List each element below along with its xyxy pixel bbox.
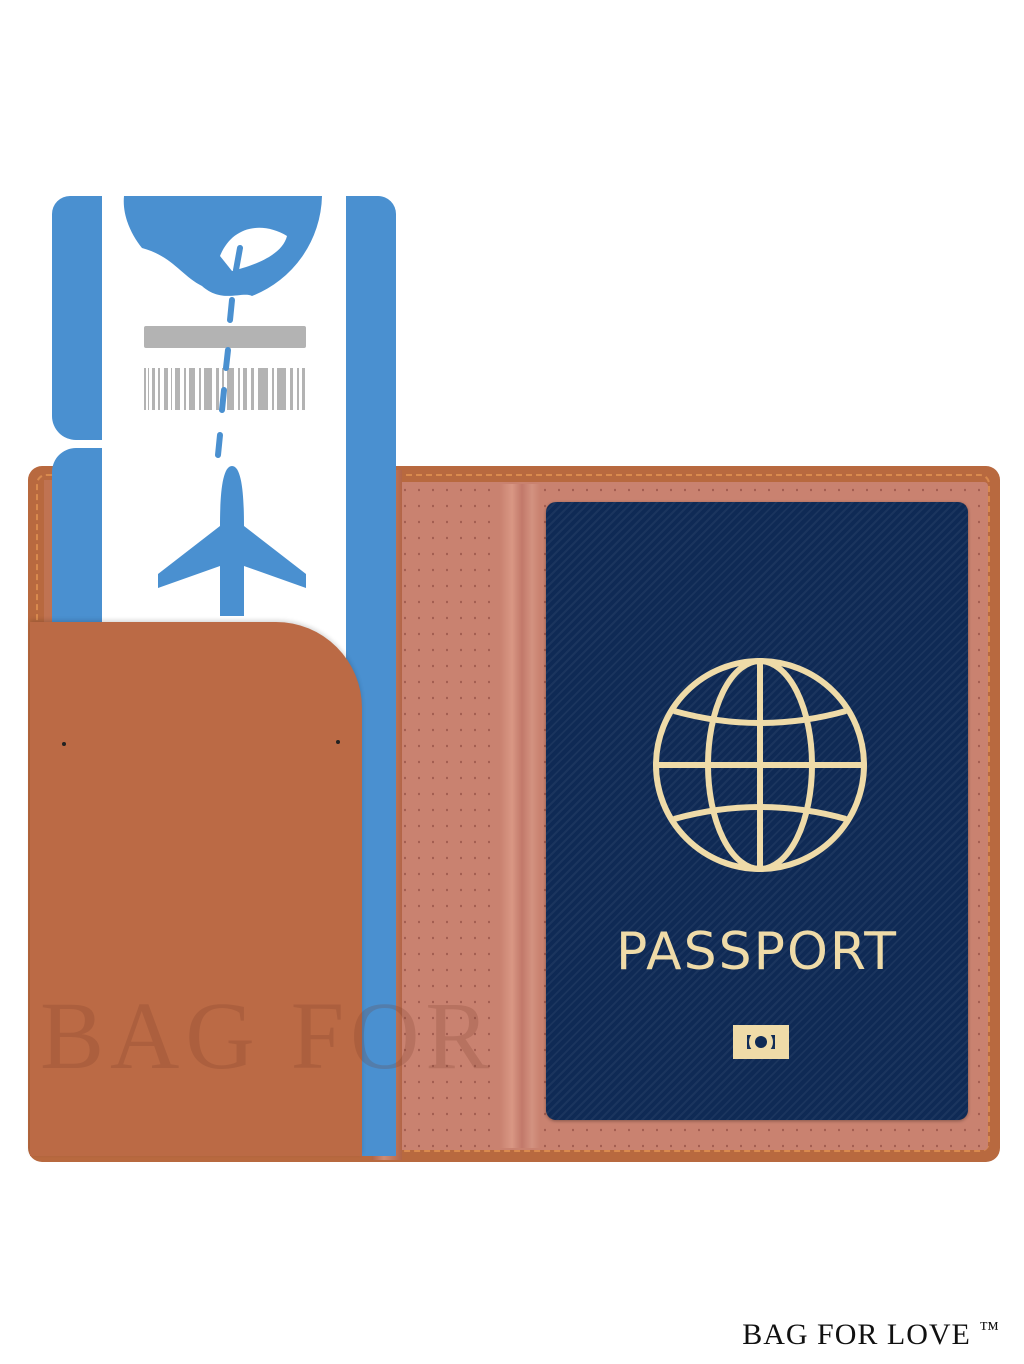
- brand-logo: BAG FOR LOVE ™: [742, 1318, 1000, 1352]
- biometric-chip-icon: [733, 1025, 789, 1059]
- airplane-icon: [156, 466, 308, 616]
- trademark: ™: [979, 1318, 1000, 1340]
- pocket-rivet-left: [62, 742, 66, 746]
- pocket-rivet-right: [336, 740, 340, 744]
- brand-name: BAG FOR LOVE: [742, 1318, 971, 1351]
- flight-path-dashes: [200, 240, 260, 470]
- globe-icon: [650, 655, 870, 875]
- passport-title: PASSPORT: [546, 922, 968, 982]
- passport-sleeve-edge: [500, 484, 540, 1148]
- watermark: BAG FOR: [40, 980, 495, 1091]
